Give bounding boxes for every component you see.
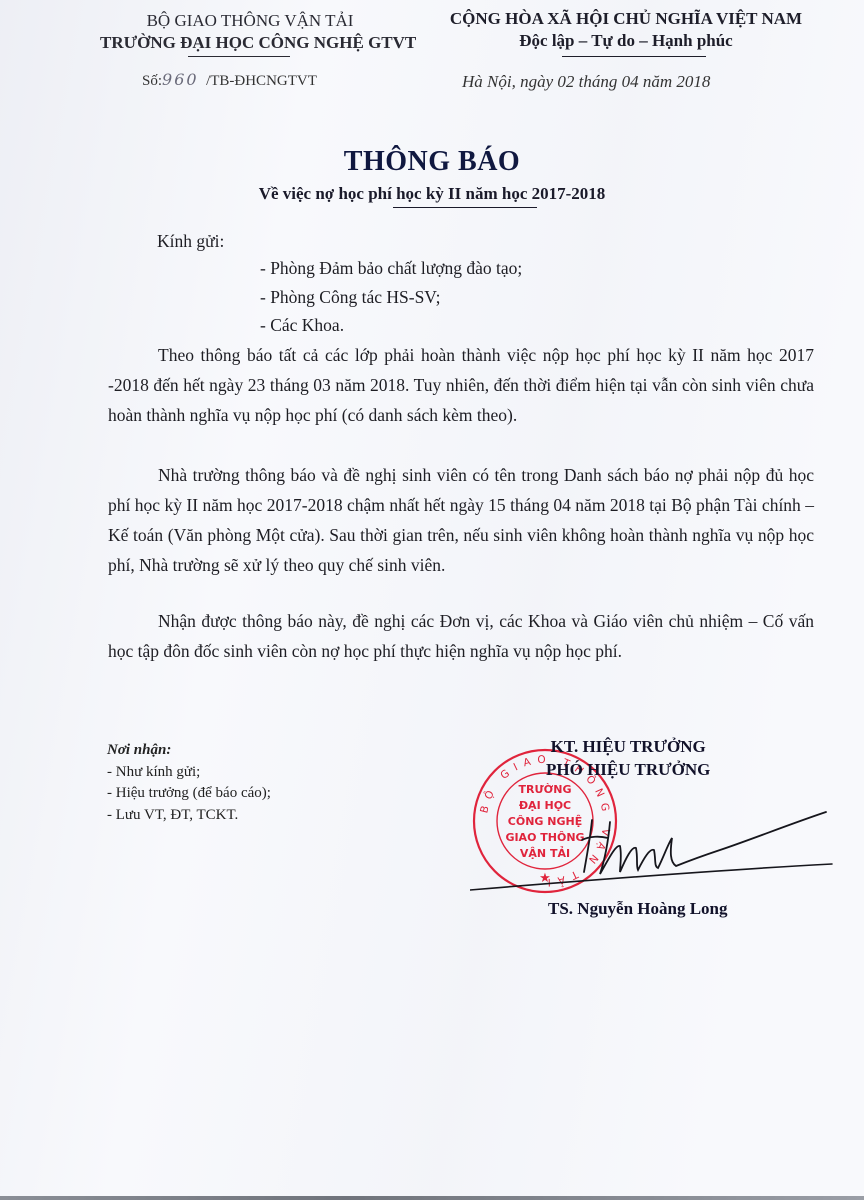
distribution-item: - Lưu VT, ĐT, TCKT. <box>107 805 271 827</box>
salutation: Kính gửi: <box>157 226 224 256</box>
document-title: THÔNG BÁO <box>0 146 864 178</box>
subtitle-underline <box>393 207 537 208</box>
handwritten-signature <box>470 800 840 900</box>
body-paragraph: Theo thông báo tất cả các lớp phải hoàn … <box>108 340 814 430</box>
issuer-block: BỘ GIAO THÔNG VẬN TẢI TRƯỜNG ĐẠI HỌC CÔN… <box>100 10 400 54</box>
recipient-item: - Phòng Đảm bảo chất lượng đào tạo; <box>260 254 522 283</box>
recipient-item: - Phòng Công tác HS-SV; <box>260 283 522 312</box>
distribution-list: Nơi nhận: - Như kính gửi; - Hiệu trưởng … <box>107 740 271 826</box>
scan-edge <box>0 1196 864 1200</box>
handwritten-number: 960 <box>162 70 199 89</box>
document-number: Số:960 /TB-ĐHCNGTVT <box>142 70 317 90</box>
recipient-list: - Phòng Đảm bảo chất lượng đào tạo; - Ph… <box>260 254 522 340</box>
distribution-item: - Hiệu trưởng (để báo cáo); <box>107 783 271 805</box>
body-paragraph: Nhận được thông báo này, đề nghị các Đơn… <box>108 606 814 666</box>
document-subtitle: Về việc nợ học phí học kỳ II năm học 201… <box>0 184 864 204</box>
school-underline <box>188 56 290 57</box>
number-label: Số: <box>142 73 162 89</box>
signature-title-line1: KT. HIỆU TRƯỞNG <box>546 735 710 758</box>
distribution-item: - Như kính gửi; <box>107 762 271 784</box>
date-line: Hà Nội, ngày 02 tháng 04 năm 2018 <box>462 72 710 92</box>
ministry-name: BỘ GIAO THÔNG VẬN TẢI <box>100 10 400 32</box>
national-header: CỘNG HÒA XÃ HỘI CHỦ NGHĨA VIỆT NAM Độc l… <box>426 8 826 52</box>
body-paragraph: Nhà trường thông báo và đề nghị sinh viê… <box>108 460 814 580</box>
svg-text:TRƯỜNG: TRƯỜNG <box>518 783 571 796</box>
signer-name: TS. Nguyễn Hoàng Long <box>548 899 728 919</box>
signature-title: KT. HIỆU TRƯỞNG PHÓ HIỆU TRƯỞNG <box>546 735 710 781</box>
national-motto: Độc lập – Tự do – Hạnh phúc <box>426 30 826 52</box>
school-name: TRƯỜNG ĐẠI HỌC CÔNG NGHỆ GTVT <box>100 32 400 54</box>
paper-background <box>0 0 864 1200</box>
nation-name: CỘNG HÒA XÃ HỘI CHỦ NGHĨA VIỆT NAM <box>426 8 826 30</box>
recipient-item: - Các Khoa. <box>260 311 522 340</box>
motto-underline <box>562 56 706 57</box>
number-suffix: /TB-ĐHCNGTVT <box>206 73 317 89</box>
signature-title-line2: PHÓ HIỆU TRƯỞNG <box>546 758 710 781</box>
distribution-label: Nơi nhận: <box>107 740 271 762</box>
